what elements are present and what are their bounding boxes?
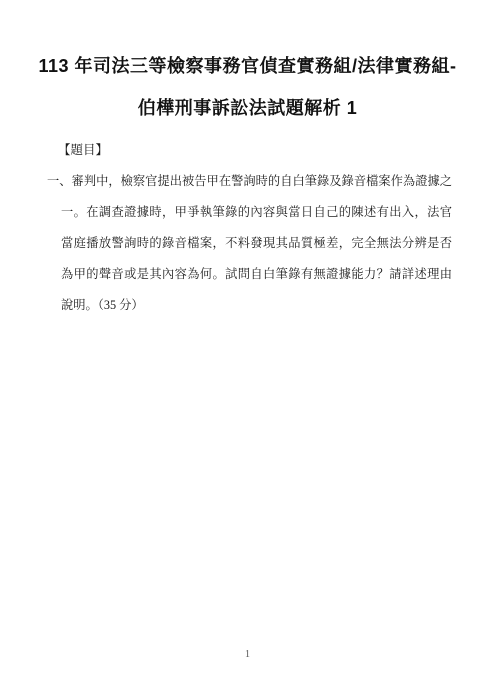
title-line-2: 伯樺刑事訴訟法試題解析 1 [0,87,495,129]
question-number: 一、 [47,174,72,188]
document-page: 113 年司法三等檢察事務官偵查實務組/法律實務組- 伯樺刑事訴訟法試題解析 1… [0,0,495,700]
question-item: 一、審判中，檢察官提出被告甲在警詢時的自白筆錄及錄音檔案作為證據之一。在調查證據… [0,166,452,321]
section-label-question: 【題目】 [0,135,495,166]
title-line-1: 113 年司法三等檢察事務官偵查實務組/法律實務組- [0,45,495,87]
page-number: 1 [0,649,495,660]
question-text: 審判中，檢察官提出被告甲在警詢時的自白筆錄及錄音檔案作為證據之一。在調查證據時，… [61,174,452,312]
document-title: 113 年司法三等檢察事務官偵查實務組/法律實務組- 伯樺刑事訴訟法試題解析 1 [0,0,495,129]
